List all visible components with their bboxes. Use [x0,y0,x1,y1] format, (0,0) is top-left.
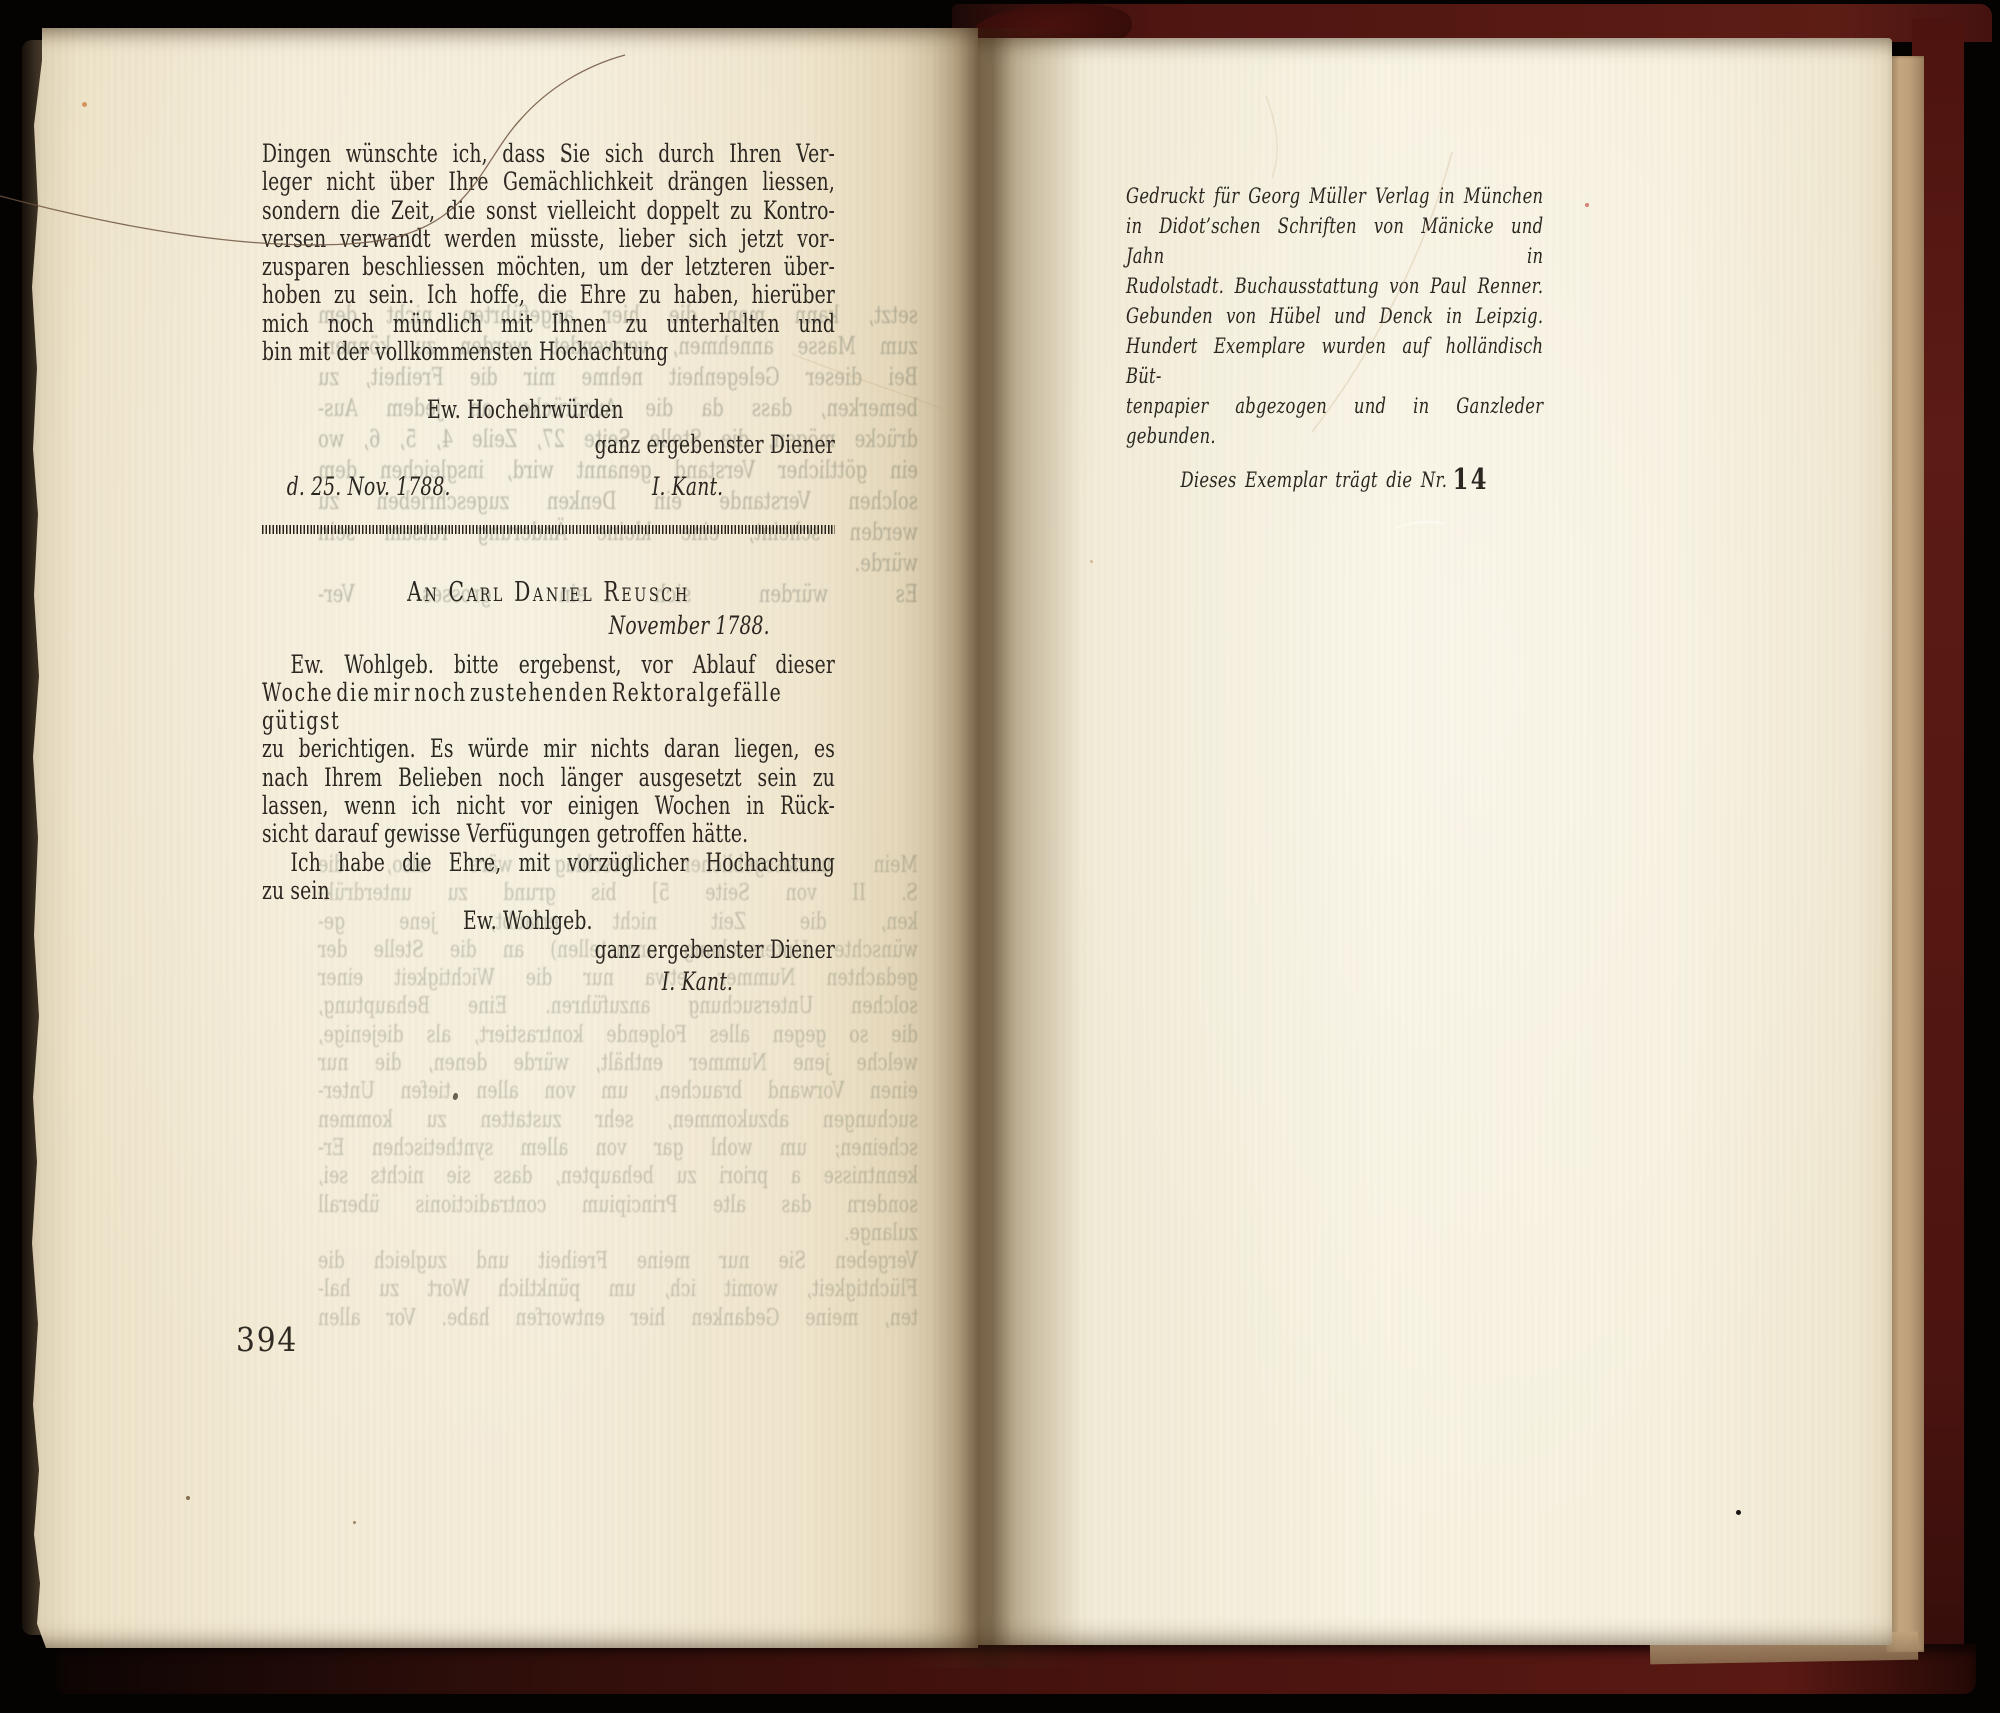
letter2-salutation: Ew. Wohlgeb. [463,907,835,935]
text-line: sicht darauf gewisse Verfügungen getroff… [262,820,835,848]
copy-number-line: Dieses Exemplar trägt die Nr.14 [1126,464,1543,495]
letter2-paragraph: Ew. Wohlgeb. bitte ergebenst, vor Ablauf… [262,651,835,906]
letter1-dateline: d. 25. Nov. 1788. I. Kant. [262,473,835,501]
colophon-paragraph: Gedruckt für Georg Müller Verlag in Münc… [1126,181,1543,451]
right-page: Gedruckt für Georg Müller Verlag in Münc… [978,38,1892,1645]
text-line: kenntnisse a priori zu behaupten, dass s… [318,1163,918,1191]
text-line: in Didot’schen Schriften von Mänicke und… [1126,211,1543,271]
text-line: zulange. [318,1220,918,1248]
text-line: nach Ihrem Belieben noch länger ausgeset… [262,764,835,792]
text-line: zu sein [262,877,835,905]
letter2-heading: An Carl Daniel Reusch [262,578,835,608]
text-line: Dingen wünschte ich, dass Sie sich durch… [262,140,835,168]
foxing-spot [186,1496,190,1500]
text-line: sondern das alte Principium contradictio… [318,1192,918,1220]
text-line: Hundert Exemplare wurden auf holländisch… [1126,331,1543,391]
text-line: Gedruckt für Georg Müller Verlag in Münc… [1126,181,1543,211]
text-line: Woche die mir noch zustehenden Rektoralg… [262,679,835,736]
text-line: Flüchtigkeit, womit ich, um pünktlich Wo… [318,1276,918,1304]
letter1-salutation: Ew. Hochehrwürden [427,396,835,424]
copy-number: 14 [1453,462,1489,496]
text-line: leger nicht über Ihre Gemächlichkeit drä… [262,168,835,196]
foxing-spot [1585,203,1589,207]
text-line: Gebunden von Hübel und Denck in Leipzig. [1126,301,1543,331]
dust-speck [561,158,565,162]
text-line: ten, meine Gedanken hier entworfen habe.… [318,1305,918,1333]
letter-continuation-paragraph: Dingen wünschte ich, dass Sie sich durch… [262,140,835,366]
dust-speck [1736,1510,1741,1515]
text-line: Ew. Wohlgeb. bitte ergebenst, vor Ablauf… [262,651,835,679]
text-line: sondern die Zeit, die sonst vielleicht d… [262,197,835,225]
copy-statement: Dieses Exemplar trägt die Nr. [1181,468,1448,492]
section-divider-rule [262,525,835,534]
text-line: zu berichtigen. Es würde mir nichts dara… [262,735,835,763]
left-page: setzt, kann man die hier angeführten nic… [30,28,978,1648]
text-line: Ich habe die Ehre, mit vorzüglicher Hoch… [262,849,835,877]
text-line: lassen, wenn ich nicht vor einigen Woche… [262,792,835,820]
text-line: suchungen abzukommen, sehr zustatten zu … [318,1107,918,1135]
letter2-date: November 1788. [262,612,835,640]
letter2-signature: I. Kant. [262,968,835,996]
text-line: tenpapier abgezogen und in Ganzleder geb… [1126,391,1543,451]
colophon: Gedruckt für Georg Müller Verlag in Münc… [1126,181,1543,495]
text-line: Vergeben Sie nur meine Freiheit und zugl… [318,1248,918,1276]
text-line: einen Vorwand brauchen, um von allen tie… [318,1078,918,1106]
foxing-spot [82,102,87,107]
text-line: solchen Untersuchung anzuführen. Eine Be… [318,993,918,1021]
foxing-spot [1090,560,1093,563]
left-page-text-column: Dingen wünschte ich, dass Sie sich durch… [262,140,835,996]
page-number: 394 [236,1320,298,1359]
text-line: welche jene Nummer enthält, würde denen,… [318,1050,918,1078]
text-line: mich noch mündlich mit Ihnen zu unterhal… [262,310,835,338]
foxing-spot [353,1521,356,1524]
letter1-closing: ganz ergebenster Diener [262,431,835,459]
text-line: die so gegen alles Folgende kontrastiert… [318,1022,918,1050]
text-line: hoben zu sein. Ich hoffe, die Ehre zu ha… [262,281,835,309]
book-spread-photo: setzt, kann man die hier angeführten nic… [0,0,2000,1713]
text-line: zusparen beschliessen möchten, um der le… [262,253,835,281]
letter1-date: d. 25. Nov. 1788. [287,473,451,501]
letter1-signature: I. Kant. [652,473,723,501]
text-line: Rudolstadt. Buchausstattung von Paul Ren… [1126,271,1543,301]
text-line: versen verwandt werden müsste, lieber si… [262,225,835,253]
letter2-closing: ganz ergebenster Diener [262,936,835,964]
text-line: bin mit der vollkommensten Hochachtung [262,338,835,366]
text-line: scheinen; um wohl gar von allem syntheti… [318,1135,918,1163]
